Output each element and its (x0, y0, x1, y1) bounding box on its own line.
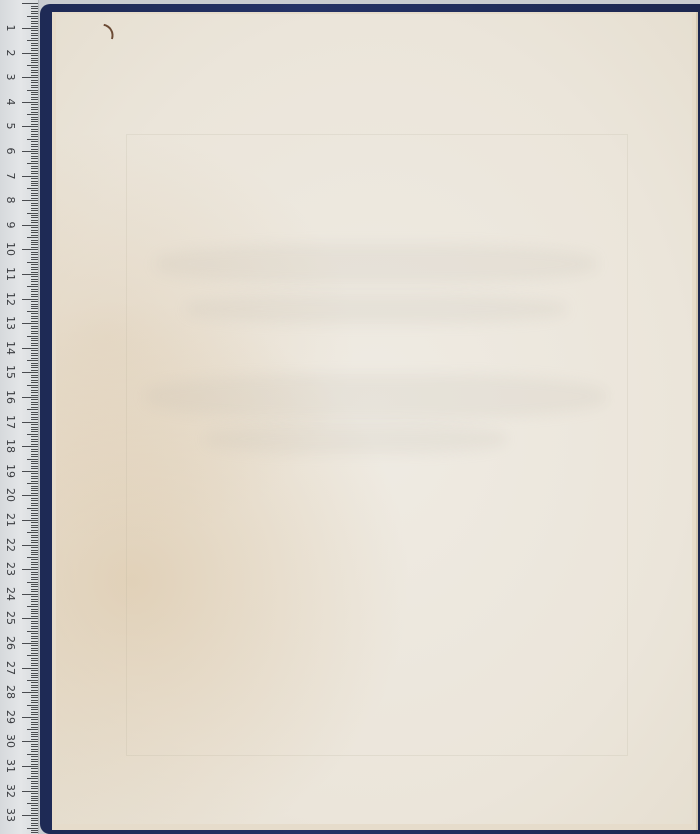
ruler-tick (31, 645, 38, 646)
ruler-tick (31, 215, 38, 216)
ruler-tick (27, 828, 38, 829)
ruler-tick (31, 527, 38, 528)
ruler-tick (31, 370, 38, 371)
ruler-tick (22, 520, 38, 521)
ruler-tick (31, 30, 38, 31)
ruler-tick (22, 618, 38, 619)
ruler-tick (22, 225, 38, 226)
ruler-tick (31, 550, 38, 551)
ruler-tick (31, 451, 38, 452)
ruler-tick (31, 350, 38, 351)
ruler-number: 5 (4, 117, 16, 135)
ruler-tick (31, 431, 38, 432)
ruler-tick (31, 340, 38, 341)
ruler-tick (31, 830, 38, 831)
ruler-tick (31, 267, 38, 268)
ruler-tick (31, 168, 38, 169)
ruler-tick (31, 449, 38, 450)
ruler-tick (31, 178, 38, 179)
ruler-tick (31, 444, 38, 445)
show-through-text (206, 424, 506, 454)
ruler-tick (31, 584, 38, 585)
ruler-tick (27, 163, 38, 164)
ruler-tick (31, 574, 38, 575)
ruler-tick (31, 67, 38, 68)
ruler-tick (27, 754, 38, 755)
ruler-tick (31, 542, 38, 543)
ruler-tick (31, 240, 38, 241)
ruler-tick (31, 338, 38, 339)
ruler-tick (31, 547, 38, 548)
ruler-tick (31, 700, 38, 701)
ruler-tick (27, 459, 38, 460)
ruler-tick (31, 210, 38, 211)
ruler-tick (31, 85, 38, 86)
ruler-tick (31, 628, 38, 629)
ruler-tick (31, 513, 38, 514)
ruler-tick (31, 490, 38, 491)
ruler-tick (31, 813, 38, 814)
ruler-number: 12 (4, 290, 16, 308)
ruler-tick (31, 456, 38, 457)
ruler-tick (22, 299, 38, 300)
ruler-number: 6 (4, 142, 16, 160)
blank-page (56, 14, 692, 824)
ruler-tick (31, 746, 38, 747)
ruler-tick (27, 311, 38, 312)
ruler-tick (27, 286, 38, 287)
ruler-tick (31, 682, 38, 683)
ruler-tick (22, 372, 38, 373)
ruler-number: 19 (4, 462, 16, 480)
ruler-tick (31, 80, 38, 81)
ruler-tick (31, 365, 38, 366)
ruler-number: 1 (4, 19, 16, 37)
ruler-tick (31, 247, 38, 248)
ruler-tick (22, 446, 38, 447)
ruler-tick (31, 254, 38, 255)
ruler-tick (31, 333, 38, 334)
ruler-tick (31, 800, 38, 801)
ruler-tick (31, 825, 38, 826)
ruler-tick (31, 586, 38, 587)
ruler-tick (27, 655, 38, 656)
ruler-tick (22, 766, 38, 767)
ruler-tick (31, 407, 38, 408)
ruler-tick (31, 665, 38, 666)
ruler-tick (31, 596, 38, 597)
ruler-tick (31, 736, 38, 737)
ruler-number: 9 (4, 216, 16, 234)
ruler-tick (31, 552, 38, 553)
ruler-tick (31, 203, 38, 204)
ruler-tick (31, 810, 38, 811)
ruler-tick (31, 134, 38, 135)
ruler-tick (31, 198, 38, 199)
ruler-tick (31, 195, 38, 196)
ruler-tick (31, 771, 38, 772)
ruler-tick (31, 276, 38, 277)
ruler-tick (31, 759, 38, 760)
ruler-tick (31, 719, 38, 720)
ruler-tick (31, 284, 38, 285)
ruler-tick (22, 594, 38, 595)
ruler-tick (22, 274, 38, 275)
show-through-text (146, 374, 606, 419)
ruler-number: 32 (4, 782, 16, 800)
ruler-tick (31, 308, 38, 309)
ruler-number: 11 (4, 265, 16, 283)
ruler-tick (31, 232, 38, 233)
ruler-number: 25 (4, 609, 16, 627)
ruler-tick (27, 188, 38, 189)
ruler-tick (31, 604, 38, 605)
ruler-tick (31, 638, 38, 639)
ruler-tick (31, 554, 38, 555)
ruler-tick (31, 363, 38, 364)
ruler-tick (31, 94, 38, 95)
ruler-tick (22, 668, 38, 669)
ruler-tick (31, 796, 38, 797)
ruler-number: 22 (4, 536, 16, 554)
ruler-tick (31, 522, 38, 523)
ruler-tick (31, 722, 38, 723)
ruler-tick (27, 40, 38, 41)
ruler-tick (31, 222, 38, 223)
ruler-tick (31, 318, 38, 319)
ruler-tick (31, 525, 38, 526)
ruler-tick (31, 8, 38, 9)
ruler-tick (31, 316, 38, 317)
ruler-number: 27 (4, 659, 16, 677)
ruler-tick (31, 358, 38, 359)
ruler-tick (31, 751, 38, 752)
ruler-tick (31, 104, 38, 105)
ruler-number: 26 (4, 634, 16, 652)
ruler-tick (31, 660, 38, 661)
ruler-tick (27, 680, 38, 681)
ruler-tick (31, 183, 38, 184)
measuring-ruler: 1234567891011121314151617181920212223242… (0, 0, 39, 834)
ruler-tick (31, 714, 38, 715)
ruler-tick (31, 690, 38, 691)
ruler-tick (31, 530, 38, 531)
ruler-tick (31, 623, 38, 624)
ruler-tick (22, 569, 38, 570)
ruler-tick (31, 149, 38, 150)
ruler-tick (22, 717, 38, 718)
ruler-tick (27, 532, 38, 533)
ruler-tick (22, 53, 38, 54)
ruler-tick (31, 158, 38, 159)
ruler-tick (31, 124, 38, 125)
ruler-tick (31, 761, 38, 762)
ruler-tick (31, 650, 38, 651)
ruler-tick (31, 702, 38, 703)
ruler-tick (31, 616, 38, 617)
ruler-number: 8 (4, 191, 16, 209)
ruler-tick (31, 641, 38, 642)
ruler-tick (31, 805, 38, 806)
ruler-tick (31, 43, 38, 44)
ruler-tick (31, 72, 38, 73)
ruler-tick (31, 173, 38, 174)
ruler-tick (22, 422, 38, 423)
ruler-tick (31, 377, 38, 378)
ruler-tick (31, 294, 38, 295)
ruler-tick (31, 505, 38, 506)
ruler-tick (22, 200, 38, 201)
ruler-tick (27, 65, 38, 66)
ruler-number: 31 (4, 757, 16, 775)
ruler-tick (31, 478, 38, 479)
ruler-tick (31, 589, 38, 590)
ruler-tick (31, 468, 38, 469)
ruler-number: 10 (4, 240, 16, 258)
ruler-tick (31, 712, 38, 713)
ruler-tick (31, 473, 38, 474)
ruler-tick (31, 663, 38, 664)
ruler-tick (31, 375, 38, 376)
ruler-tick (31, 345, 38, 346)
ruler-tick (31, 773, 38, 774)
ruler-tick (31, 242, 38, 243)
ruler-tick (31, 419, 38, 420)
ruler-tick (31, 82, 38, 83)
ruler-tick (31, 146, 38, 147)
ruler-tick (31, 230, 38, 231)
ruler-tick (31, 599, 38, 600)
ruler-tick (31, 454, 38, 455)
ruler-tick (31, 626, 38, 627)
ruler-tick (31, 695, 38, 696)
ruler-tick (31, 500, 38, 501)
ruler-tick (31, 463, 38, 464)
ruler-tick (31, 87, 38, 88)
ruler-tick (27, 778, 38, 779)
ruler-tick (27, 16, 38, 17)
ruler-tick (31, 685, 38, 686)
ruler-tick (31, 503, 38, 504)
ruler-tick (31, 75, 38, 76)
ruler-tick (31, 744, 38, 745)
ruler-tick (31, 208, 38, 209)
ruler-tick (31, 609, 38, 610)
ruler-tick (31, 764, 38, 765)
ruler-tick (31, 636, 38, 637)
ruler-number: 4 (4, 93, 16, 111)
ruler-tick (31, 633, 38, 634)
ruler-tick (22, 815, 38, 816)
ruler-tick (31, 481, 38, 482)
ruler-tick (31, 289, 38, 290)
ruler-tick (31, 395, 38, 396)
ruler-tick (31, 387, 38, 388)
ruler-tick (31, 382, 38, 383)
ruler-tick (27, 336, 38, 337)
ruler-tick (31, 144, 38, 145)
ruler-tick (31, 559, 38, 560)
ruler-tick (31, 235, 38, 236)
ruler-tick (27, 237, 38, 238)
ruler-tick (27, 729, 38, 730)
ruler-tick (27, 606, 38, 607)
ruler-tick (31, 166, 38, 167)
ruler-tick (31, 798, 38, 799)
show-through-text (186, 294, 566, 324)
ruler-number: 21 (4, 511, 16, 529)
ruler-tick (31, 823, 38, 824)
ruler-tick (31, 707, 38, 708)
ruler-tick (31, 734, 38, 735)
ruler-tick (31, 45, 38, 46)
ruler-tick (31, 427, 38, 428)
ruler-number: 17 (4, 413, 16, 431)
ruler-tick (31, 11, 38, 12)
ruler-tick (31, 613, 38, 614)
ruler-tick (31, 399, 38, 400)
ruler-tick (31, 493, 38, 494)
show-through-text (156, 244, 596, 284)
ruler-tick (31, 572, 38, 573)
ruler-tick (31, 97, 38, 98)
ruler-tick (31, 117, 38, 118)
ruler-tick (27, 385, 38, 386)
ruler-tick (31, 205, 38, 206)
ruler-tick (31, 564, 38, 565)
ruler-tick (31, 252, 38, 253)
ruler-tick (31, 257, 38, 258)
ruler-tick (27, 114, 38, 115)
ruler-tick (31, 441, 38, 442)
ruler-tick (31, 579, 38, 580)
ruler-tick (31, 301, 38, 302)
ruler-tick (27, 262, 38, 263)
ruler-tick (31, 591, 38, 592)
ruler-number: 20 (4, 486, 16, 504)
ruler-tick (31, 264, 38, 265)
ruler-tick (27, 409, 38, 410)
ruler-tick (31, 181, 38, 182)
ruler-tick (31, 601, 38, 602)
ruler-number: 33 (4, 806, 16, 824)
ruler-tick (31, 724, 38, 725)
ruler-tick (22, 3, 38, 4)
ruler-tick (31, 259, 38, 260)
pen-mark (80, 18, 119, 56)
ruler-tick (31, 353, 38, 354)
ruler-tick (31, 439, 38, 440)
ruler-tick (31, 390, 38, 391)
ruler-tick (31, 355, 38, 356)
ruler-tick (27, 582, 38, 583)
ruler-tick (27, 705, 38, 706)
ruler-tick (31, 23, 38, 24)
ruler-number: 2 (4, 44, 16, 62)
ruler-tick (31, 675, 38, 676)
ruler-tick (22, 151, 38, 152)
ruler-tick (31, 227, 38, 228)
ruler-number: 3 (4, 68, 16, 86)
ruler-tick (27, 90, 38, 91)
ruler-tick (31, 540, 38, 541)
ruler-tick (31, 272, 38, 273)
ruler-tick (31, 60, 38, 61)
ruler-number: 24 (4, 585, 16, 603)
ruler-tick (22, 77, 38, 78)
ruler-number: 13 (4, 314, 16, 332)
ruler-number: 30 (4, 732, 16, 750)
ruler-tick (31, 783, 38, 784)
ruler-tick (22, 28, 38, 29)
ruler-tick (31, 326, 38, 327)
ruler-tick (31, 727, 38, 728)
ruler-tick (31, 35, 38, 36)
ruler-tick (31, 392, 38, 393)
ruler-tick (31, 832, 38, 833)
ruler-tick (31, 486, 38, 487)
ruler-tick (31, 562, 38, 563)
ruler-tick (31, 185, 38, 186)
ruler-tick (22, 249, 38, 250)
ruler-tick (31, 436, 38, 437)
ruler-tick (31, 820, 38, 821)
ruler-tick (31, 461, 38, 462)
ruler-tick (22, 643, 38, 644)
ruler-tick (31, 193, 38, 194)
ruler-tick (31, 648, 38, 649)
ruler-tick (31, 217, 38, 218)
ruler-tick (31, 687, 38, 688)
ruler-tick (31, 510, 38, 511)
ruler-tick (31, 58, 38, 59)
ruler-tick (22, 176, 38, 177)
ruler-tick (31, 677, 38, 678)
ruler-tick (31, 518, 38, 519)
ruler-tick (27, 508, 38, 509)
ruler-tick (31, 343, 38, 344)
ruler-tick (31, 768, 38, 769)
ruler-tick (31, 756, 38, 757)
ruler-tick (31, 380, 38, 381)
ruler-tick (31, 498, 38, 499)
ruler-tick (31, 62, 38, 63)
ruler-tick (31, 112, 38, 113)
ruler-number: 14 (4, 339, 16, 357)
ruler-tick (31, 281, 38, 282)
ruler-tick (31, 141, 38, 142)
ruler-tick (31, 161, 38, 162)
ruler-tick (31, 304, 38, 305)
ruler-tick (31, 70, 38, 71)
ruler-tick (31, 776, 38, 777)
ruler-tick (31, 331, 38, 332)
ruler-tick (31, 296, 38, 297)
ruler-tick (31, 658, 38, 659)
ruler-tick (31, 611, 38, 612)
ruler-tick (31, 793, 38, 794)
ruler-number: 7 (4, 167, 16, 185)
ruler-tick (31, 55, 38, 56)
ruler-tick (31, 33, 38, 34)
ruler-tick (31, 306, 38, 307)
ruler-tick (31, 818, 38, 819)
ruler-tick (31, 749, 38, 750)
ruler-tick (31, 6, 38, 7)
ruler-tick (31, 18, 38, 19)
ruler-tick (31, 404, 38, 405)
ruler-tick (27, 557, 38, 558)
